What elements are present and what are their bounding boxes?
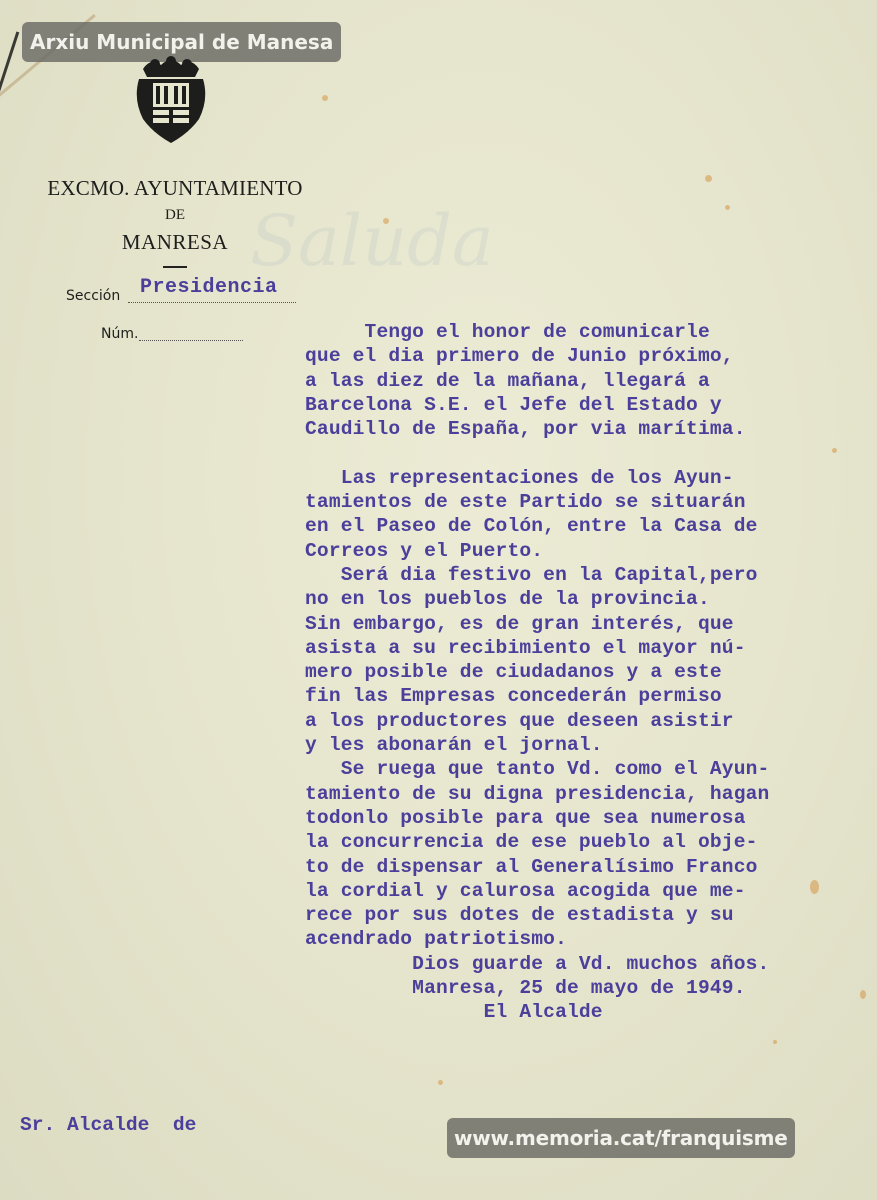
letter-line: tamiento de su digna presidencia, hagan	[305, 782, 875, 806]
letterhead-title: EXCMO. AYUNTAMIENTO	[40, 175, 310, 202]
letter-line: Manresa, 25 de mayo de 1949.	[305, 976, 875, 1000]
foxing-spot	[725, 205, 730, 210]
foxing-spot	[322, 95, 328, 101]
staple-mark	[0, 31, 19, 108]
letter-line: la concurrencia de ese pueblo al obje-	[305, 830, 875, 854]
letter-line: que el dia primero de Junio próximo,	[305, 344, 875, 368]
letter-line: to de dispensar al Generalísimo Franco	[305, 855, 875, 879]
letter-line: tamientos de este Partido se situarán	[305, 490, 875, 514]
num-label: Núm.	[101, 326, 138, 342]
letterhead-divider	[163, 266, 187, 268]
seccion-value: Presidencia	[140, 276, 278, 299]
letter-line: Las representaciones de los Ayun-	[305, 466, 875, 490]
letterhead-de: DE	[40, 202, 310, 229]
seccion-dotted-line	[128, 302, 296, 303]
letter-line: Dios guarde a Vd. muchos años.	[305, 952, 875, 976]
letter-line: todonlo posible para que sea numerosa	[305, 806, 875, 830]
letterhead: EXCMO. AYUNTAMIENTO DE MANRESA	[40, 175, 310, 268]
letter-line: Tengo el honor de comunicarle	[305, 320, 875, 344]
letter-line: Barcelona S.E. el Jefe del Estado y	[305, 393, 875, 417]
foxing-spot	[705, 175, 712, 182]
seccion-label: Sección	[66, 288, 120, 304]
letter-line: a las diez de la mañana, llegará a	[305, 369, 875, 393]
letter-line	[305, 441, 875, 465]
letter-line: asista a su recibimiento el mayor nú-	[305, 636, 875, 660]
letter-line: El Alcalde	[305, 1000, 875, 1024]
letterhead-city: MANRESA	[40, 229, 310, 256]
addressee: Sr. Alcalde de	[20, 1114, 196, 1136]
letter-line: fin las Empresas concederán permiso	[305, 684, 875, 708]
letter-line: no en los pueblos de la provincia.	[305, 587, 875, 611]
letter-body: Tengo el honor de comunicarleque el dia …	[305, 320, 875, 1025]
letter-line: acendrado patriotismo.	[305, 927, 875, 951]
foxing-spot	[773, 1040, 777, 1044]
letter-line: Correos y el Puerto.	[305, 539, 875, 563]
coat-of-arms-icon	[133, 55, 209, 147]
foxing-spot	[438, 1080, 443, 1085]
letter-line: a los productores que deseen asistir	[305, 709, 875, 733]
source-watermark: www.memoria.cat/franquisme	[447, 1118, 795, 1158]
letter-line: la cordial y calurosa acogida que me-	[305, 879, 875, 903]
letter-line: en el Paseo de Colón, entre la Casa de	[305, 514, 875, 538]
num-dotted-line	[139, 340, 243, 341]
letter-line: Será dia festivo en la Capital,pero	[305, 563, 875, 587]
foxing-spot	[383, 218, 389, 224]
letter-line: rece por sus dotes de estadista y su	[305, 903, 875, 927]
letter-line: Sin embargo, es de gran interés, que	[305, 612, 875, 636]
letter-line: y les abonarán el jornal.	[305, 733, 875, 757]
letter-line: mero posible de ciudadanos y a este	[305, 660, 875, 684]
letter-line: Caudillo de España, por via marítima.	[305, 417, 875, 441]
letter-line: Se ruega que tanto Vd. como el Ayun-	[305, 757, 875, 781]
